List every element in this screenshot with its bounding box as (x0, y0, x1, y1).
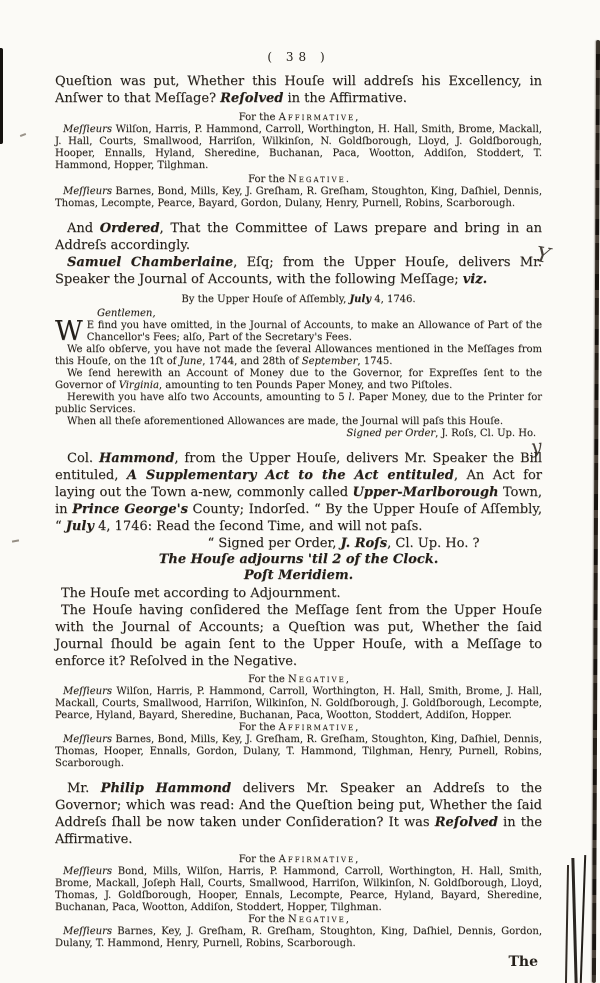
message-paragraph-3: We ſend herewith an Account of Money due… (55, 368, 542, 392)
vote-header-negative-2: For the Negative, (55, 674, 542, 686)
vote-list-negative-3: Meſſieurs Barnes, Key, J. Greſham, R. Gr… (55, 926, 542, 950)
message-paragraph-2: We alſo obſerve, you have not made the ſ… (55, 344, 542, 368)
ink-speck-2 (12, 539, 19, 542)
dropcap-letter: W (55, 320, 87, 343)
message-paragraph-5: When all theſe aforementioned Allowances… (55, 416, 542, 428)
vote-list-affirmative-1: Meſſieurs Wilſon, Harris, P. Hammond, Ca… (55, 124, 542, 172)
paragraph-col-hammond: Col. Hammond, from the Upper Houſe, deli… (55, 450, 542, 535)
paragraph-house-met: The Houſe met according to Adjournment. (55, 585, 542, 602)
vote-list-negative-1: Meſſieurs Barnes, Bond, Mills, Key, J. G… (55, 186, 542, 210)
adjournment-line: The Houſe adjourns 'til 2 of the Clock. (55, 552, 542, 568)
vote-list-affirmative-3: Meſſieurs Bond, Mills, Wilſon, Harris, P… (55, 866, 542, 914)
catchword: The (55, 954, 542, 970)
vote-list-affirmative-2: Meſſieurs Barnes, Bond, Mills, Key, J. G… (55, 734, 542, 770)
message-paragraph-1-text: E find you have omitted, in the Journal … (87, 320, 542, 343)
message-heading-upper-house: By the Upper Houſe of Aſſembly, July 4, … (55, 294, 542, 306)
vote-header-affirmative-1: For the Affirmative, (55, 112, 542, 124)
text-block: ( 38 ) Queſtion was put, Whether this Ho… (55, 50, 542, 970)
message-signature: Signed per Order, J. Roſs, Cl. Up. Ho. (55, 428, 542, 440)
page-edge-mark-left (0, 48, 3, 144)
bill-signature: “ Signed per Order, J. Roſs, Cl. Up. Ho.… (145, 535, 542, 552)
paragraph-philip-hammond: Mr. Philip Hammond delivers Mr. Speaker … (55, 780, 542, 848)
scanned-journal-page: { "page": { "number_display": "( 38 )", … (0, 0, 600, 983)
paragraph-house-considered: The Houſe having conſidered the Meſſage … (55, 602, 542, 670)
page-number: ( 38 ) (55, 50, 542, 64)
vote-list-negative-2: Meſſieurs Wilſon, Harris, P. Hammond, Ca… (55, 686, 542, 722)
page-edge-shadow-right (592, 40, 600, 983)
vote-header-affirmative-2: For the Affirmative, (55, 722, 542, 734)
post-meridiem-line: Poſt Meridiem. (55, 568, 542, 584)
message-salutation: Gentlemen, (97, 308, 542, 320)
vote-header-negative-1: For the Negative. (55, 174, 542, 186)
page-edge-line-bottom-1 (580, 855, 586, 983)
vote-header-affirmative-3: For the Affirmative, (55, 854, 542, 866)
message-paragraph-4: Herewith you have alſo two Accounts, amo… (55, 392, 542, 416)
page-edge-line-bottom-3 (565, 865, 569, 983)
paragraph-question: Queſtion was put, Whether this Houſe wil… (55, 73, 542, 107)
paragraph-ordered: And Ordered, That the Committee of Laws … (55, 220, 542, 254)
message-paragraph-1: WE find you have omitted, in the Journal… (55, 320, 542, 344)
vote-header-negative-3: For the Negative, (55, 914, 542, 926)
page-edge-line-bottom-2 (571, 858, 577, 983)
ink-speck-1 (20, 133, 26, 137)
paragraph-chamberlaine: Samuel Chamberlaine, Eſq; from the Upper… (55, 254, 542, 288)
